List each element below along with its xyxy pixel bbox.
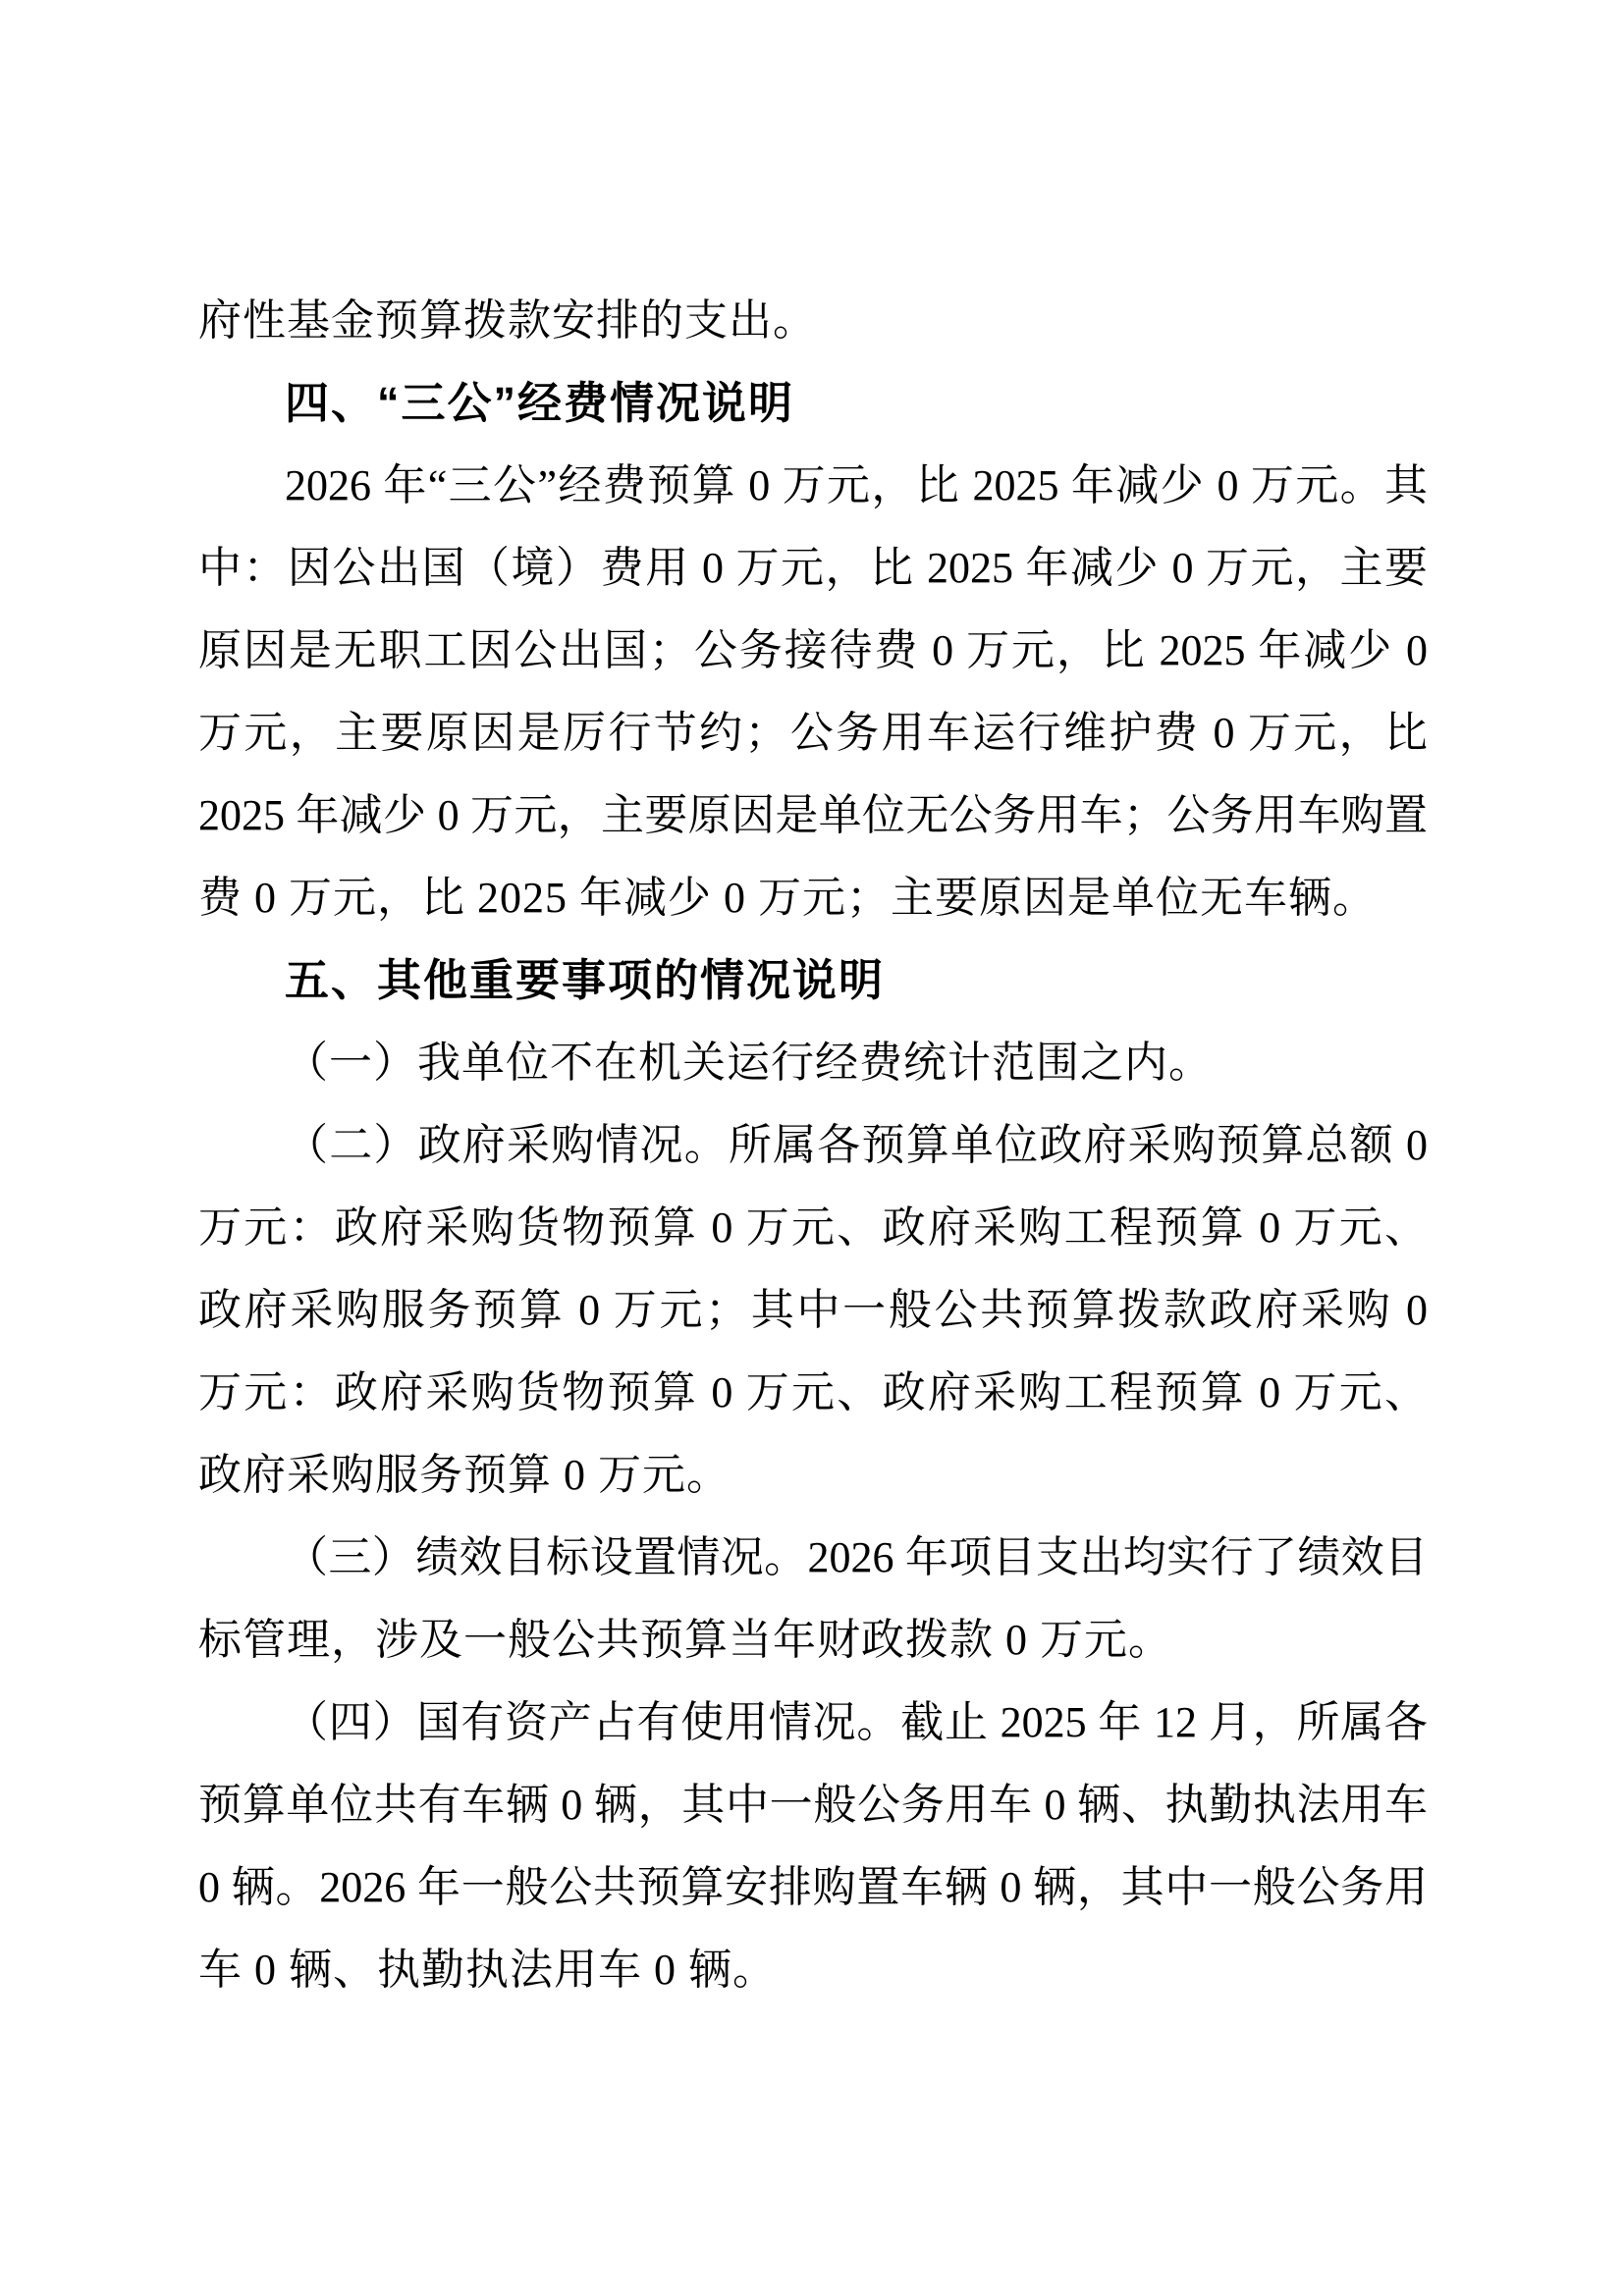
text-line: 中：因公出国（境）费用 0 万元，比 2025 年减少 0 万元，主要 xyxy=(198,527,1428,610)
text-line: （一）我单位不在机关运行经费统计范围之内。 xyxy=(198,1022,1428,1104)
document-page: 府性基金预算拨款安排的支出。四、“三公”经费情况说明2026 年“三公”经费预算… xyxy=(0,0,1624,2296)
text-line: 政府采购服务预算 0 万元；其中一般公共预算拨款政府采购 0 xyxy=(198,1269,1428,1352)
text-line: 0 辆。2026 年一般公共预算安排购置车辆 0 辆，其中一般公务用 xyxy=(198,1846,1428,1929)
section-heading: 五、其他重要事项的情况说明 xyxy=(198,939,1428,1022)
text-line: （二）政府采购情况。所属各预算单位政府采购预算总额 0 xyxy=(198,1104,1428,1187)
text-line: 2025 年减少 0 万元，主要原因是单位无公务用车；公务用车购置 xyxy=(198,774,1428,857)
text-line: 万元：政府采购货物预算 0 万元、政府采购工程预算 0 万元、 xyxy=(198,1352,1428,1434)
text-line: （四）国有资产占有使用情况。截止 2025 年 12 月，所属各 xyxy=(198,1682,1428,1764)
text-line: 标管理，涉及一般公共预算当年财政拨款 0 万元。 xyxy=(198,1599,1428,1682)
text-line: 府性基金预算拨款安排的支出。 xyxy=(198,280,1428,362)
section-heading: 四、“三公”经费情况说明 xyxy=(198,362,1428,445)
text-line: 万元：政府采购货物预算 0 万元、政府采购工程预算 0 万元、 xyxy=(198,1187,1428,1269)
text-line: 原因是无职工因公出国；公务接待费 0 万元，比 2025 年减少 0 xyxy=(198,610,1428,692)
text-line: 车 0 辆、执勤执法用车 0 辆。 xyxy=(198,1929,1428,2011)
text-line: 政府采购服务预算 0 万元。 xyxy=(198,1434,1428,1517)
text-line: 预算单位共有车辆 0 辆，其中一般公务用车 0 辆、执勤执法用车 xyxy=(198,1764,1428,1846)
text-line: 费 0 万元，比 2025 年减少 0 万元；主要原因是单位无车辆。 xyxy=(198,857,1428,939)
text-block: 府性基金预算拨款安排的支出。四、“三公”经费情况说明2026 年“三公”经费预算… xyxy=(198,280,1428,2011)
text-line: 2026 年“三公”经费预算 0 万元，比 2025 年减少 0 万元。其 xyxy=(198,445,1428,527)
text-line: （三）绩效目标设置情况。2026 年项目支出均实行了绩效目 xyxy=(198,1517,1428,1599)
text-line: 万元，主要原因是厉行节约；公务用车运行维护费 0 万元，比 xyxy=(198,692,1428,774)
